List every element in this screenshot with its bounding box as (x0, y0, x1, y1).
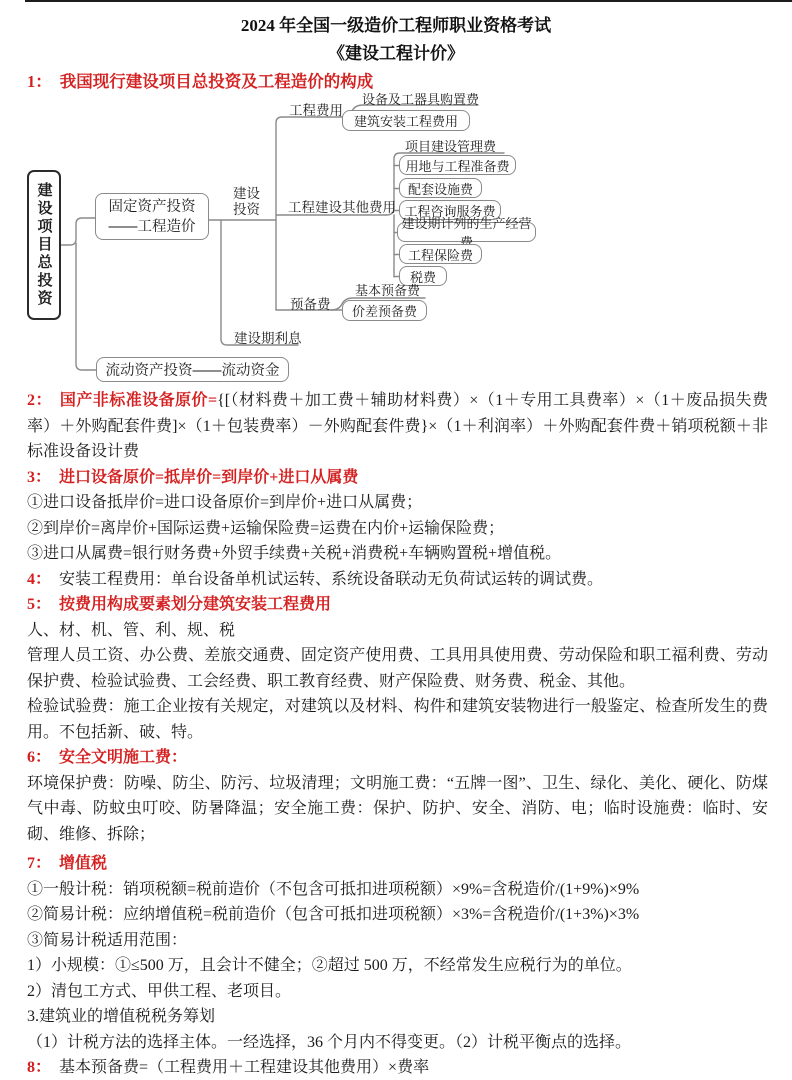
section-3-number: 3： (27, 469, 51, 486)
node-total-project-investment: 建设项目总投资 (27, 170, 61, 320)
section-8-formula: 基本预备费=（工程费用＋工程建设其他费用）×费率 (59, 1059, 429, 1076)
section-6-number: 6： (27, 749, 51, 766)
node-construction-installation-fee: 建筑安装工程费用 (342, 110, 470, 131)
section-7-line: 1）小规模：①≤500 万，且会计不健全；②超过 500 万，不经常发生应税行为… (27, 953, 768, 979)
section-7-line: ①一般计税：销项税额=税前造价（不包含可抵扣进项税额）×9%=含税造价/(1+9… (27, 877, 768, 903)
node-reserve-fee: 预备费 (290, 293, 331, 313)
section-7-line: ②简易计税：应纳增值税=税前造价（包含可抵扣进项税额）×3%=含税造价/(1+3… (27, 902, 768, 928)
node-engineering-insurance-fee: 工程保险费 (399, 244, 482, 264)
section-2-term: 国产非标准设备原价= (60, 392, 217, 409)
node-project-management-fee: 项目建设管理费 (405, 136, 496, 155)
section-5-title: 按费用构成要素划分建筑安装工程费用 (59, 596, 331, 613)
section-7-line: 2）清包工方式、甲供工程、老项目。 (27, 979, 768, 1005)
section-5-number: 5： (27, 596, 51, 613)
node-engineering-cost: 工程费用 (289, 99, 343, 119)
section-5-heading: 5：按费用构成要素划分建筑安装工程费用 (27, 592, 768, 618)
section-8-number: 8： (27, 1059, 51, 1076)
section-3-item: ②到岸价=离岸价+国际运费+运输保险费=运费在内价+运输保险费； (27, 516, 768, 542)
node-basic-reserve-fee: 基本预备费 (355, 280, 420, 299)
node-other-construction-cost: 工程建设其他费用 (288, 196, 396, 216)
section-7-heading: 7：增值税 (27, 851, 768, 877)
section-3-heading: 3：进口设备原价=抵岸价=到岸价+进口从属费 (27, 465, 768, 491)
section-7-line: （1）计税方法的选择主体。一经选择，36 个月内不得变更。（2）计税平衡点的选择… (27, 1030, 768, 1056)
investment-structure-diagram: 建设项目总投资 固定资产投资 ——工程造价 流动资产投资——流动资金 建设 投资… (0, 88, 560, 388)
node-supporting-facilities-fee: 配套设施费 (399, 178, 482, 198)
document-header: 2024 年全国一级造价工程师职业资格考试 《建设工程计价》 (0, 12, 792, 68)
section-4-paragraph: 4：安装工程费用：单台设备单机试运转、系统设备联动无负荷试运转的调试费。 (27, 567, 768, 593)
section-2-number: 2： (27, 392, 52, 409)
node-land-preparation-fee: 用地与工程准备费 (399, 155, 516, 175)
notes-body: 2：国产非标准设备原价={[（材料费＋加工费＋辅助材料费）×（1＋专用工具费率）… (27, 388, 768, 1080)
node-interest-during-construction: 建设期利息 (234, 327, 302, 347)
page-top-rule (25, 0, 792, 2)
node-fixed-asset-investment: 固定资产投资 ——工程造价 (95, 193, 209, 240)
section-7-line: 3.建筑业的增值税税务筹划 (27, 1004, 768, 1030)
section-3-title: 进口设备原价=抵岸价=到岸价+进口从属费 (59, 469, 358, 486)
document-page: 2024 年全国一级造价工程师职业资格考试 《建设工程计价》 1：我国现行建设项… (0, 0, 792, 1080)
section-5-line: 检验试验费：施工企业按有关规定，对建筑以及材料、构件和建筑安装物进行一般鉴定、检… (27, 694, 768, 745)
node-production-operation-fee: 建设期计列的生产经营费 (397, 222, 536, 242)
section-2-paragraph: 2：国产非标准设备原价={[（材料费＋加工费＋辅助材料费）×（1＋专用工具费率）… (27, 388, 768, 465)
node-working-capital: 流动资产投资——流动资金 (96, 357, 289, 382)
section-7-line: ③简易计税适用范围： (27, 928, 768, 954)
section-6-text: 环境保护费：防噪、防尘、防污、垃圾清理；文明施工费：“五牌一图”、卫生、绿化、美… (27, 771, 768, 848)
section-7-number: 7： (27, 855, 51, 872)
node-equipment-tools-purchase: 设备及工器具购置费 (362, 89, 479, 108)
section-3-item: ①进口设备抵岸价=进口设备原价=到岸价+进口从属费； (27, 490, 768, 516)
section-7-title: 增值税 (59, 855, 107, 872)
section-3-item: ③进口从属费=银行财务费+外贸手续费+关税+消费税+车辆购置税+增值税。 (27, 541, 768, 567)
subject-title: 《建设工程计价》 (0, 40, 792, 68)
section-4-text: 安装工程费用：单台设备单机试运转、系统设备联动无负荷试运转的调试费。 (59, 571, 603, 588)
node-construction-investment: 建设 投资 (233, 186, 260, 218)
node-price-diff-reserve-fee: 价差预备费 (342, 300, 427, 321)
section-6-heading: 6：安全文明施工费： (27, 745, 768, 771)
section-8-paragraph: 8：基本预备费=（工程费用＋工程建设其他费用）×费率 (27, 1055, 768, 1080)
section-5-line: 管理人员工资、办公费、差旅交通费、固定资产使用费、工具用具使用费、劳动保险和职工… (27, 643, 768, 694)
section-6-title: 安全文明施工费： (59, 749, 187, 766)
exam-title: 2024 年全国一级造价工程师职业资格考试 (0, 12, 792, 40)
section-4-number: 4： (27, 571, 51, 588)
section-5-line: 人、材、机、管、利、规、税 (27, 618, 768, 644)
